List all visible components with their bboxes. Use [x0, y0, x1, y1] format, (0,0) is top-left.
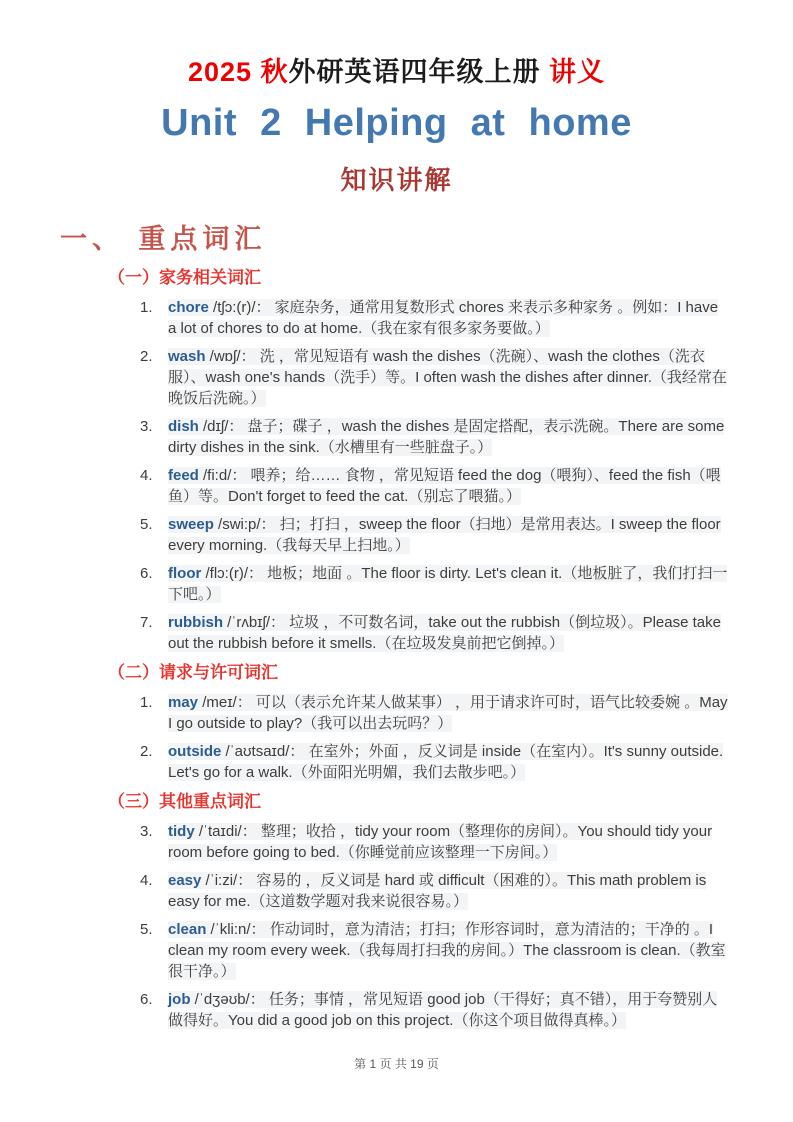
vocab-word: wash — [168, 348, 206, 365]
item-text: /ˈi:zi/： 容易的 ，反义词是 hard 或 difficult（困难的）… — [168, 872, 706, 910]
item-highlight: floor /flɔ:(r)/： 地板；地面 。The floor is dir… — [168, 565, 727, 603]
vocab-word: chore — [168, 299, 209, 316]
item-number: 1. — [140, 692, 168, 734]
vocab-item: 7. rubbish /ˈrʌbɪʃ/： 垃圾 ，不可数名词，take out … — [140, 612, 729, 654]
item-text: /meɪ/： 可以（表示允许某人做某事） ，用于请求许可时，语气比较委婉 。Ma… — [168, 694, 728, 732]
item-highlight: clean /ˈkli:n/： 作动词时，意为清洁；打扫；作形容词时，意为清洁的… — [168, 921, 726, 980]
vocab-word: job — [168, 991, 191, 1008]
vocab-list: 1. chore /tʃɔ:(r)/： 家庭杂务，通常用复数形式 chores … — [0, 297, 793, 654]
item-highlight: job /ˈdʒəʊb/： 任务；事情 ，常见短语 good job（干得好；真… — [168, 991, 717, 1029]
vocab-list: 3. tidy /ˈtaɪdi/： 整理；收拾 ，tidy your room（… — [0, 821, 793, 1031]
vocab-word: easy — [168, 872, 201, 889]
item-body: job /ˈdʒəʊb/： 任务；事情 ，常见短语 good job（干得好；真… — [168, 989, 729, 1031]
subsection-heading: （一）家务相关词汇 — [108, 266, 793, 289]
item-text: /ˈdʒəʊb/： 任务；事情 ，常见短语 good job（干得好；真不错），… — [168, 991, 717, 1029]
vocab-item: 6. floor /flɔ:(r)/： 地板；地面 。The floor is … — [140, 563, 729, 605]
item-body: clean /ˈkli:n/： 作动词时，意为清洁；打扫；作形容词时，意为清洁的… — [168, 919, 729, 982]
item-highlight: outside /ˈaʊtsaɪd/： 在室外；外面 ，反义词是 inside（… — [168, 743, 723, 781]
item-body: sweep /swi:p/： 扫；打扫 ，sweep the floor（扫地）… — [168, 514, 729, 556]
vocab-section-permission: （二）请求与许可词汇 1. may /meɪ/： 可以（表示允许某人做某事） ，… — [0, 661, 793, 783]
item-text: /ˈaʊtsaɪd/： 在室外；外面 ，反义词是 inside（在室内）。It'… — [168, 743, 723, 781]
vocab-item: 1. chore /tʃɔ:(r)/： 家庭杂务，通常用复数形式 chores … — [140, 297, 729, 339]
vocab-item: 3. dish /dɪʃ/： 盘子；碟子 ，wash the dishes 是固… — [140, 416, 729, 458]
vocab-item: 5. sweep /swi:p/： 扫；打扫 ，sweep the floor（… — [140, 514, 729, 556]
doc-title-suffix: 讲义 — [541, 57, 606, 87]
item-number: 5. — [140, 919, 168, 982]
doc-title: 2025 秋外研英语四年级上册 讲义 — [0, 50, 793, 89]
item-body: outside /ˈaʊtsaɪd/： 在室外；外面 ，反义词是 inside（… — [168, 741, 729, 783]
item-number: 2. — [140, 741, 168, 783]
item-number: 4. — [140, 870, 168, 912]
item-highlight: easy /ˈi:zi/： 容易的 ，反义词是 hard 或 difficult… — [168, 872, 706, 910]
doc-title-main: 外研英语四年级上册 — [289, 57, 541, 87]
item-body: chore /tʃɔ:(r)/： 家庭杂务，通常用复数形式 chores 来表示… — [168, 297, 729, 339]
item-text: /tʃɔ:(r)/： 家庭杂务，通常用复数形式 chores 来表示多种家务 。… — [168, 299, 718, 337]
item-highlight: feed /fi:d/： 喂养；给…… 食物 ，常见短语 feed the do… — [168, 467, 721, 505]
subsection-heading: （三）其他重点词汇 — [108, 790, 793, 813]
vocab-word: sweep — [168, 516, 214, 533]
item-number: 2. — [140, 346, 168, 409]
item-text: /swi:p/： 扫；打扫 ，sweep the floor（扫地）是常用表达。… — [168, 516, 721, 554]
item-number: 1. — [140, 297, 168, 339]
item-body: wash /wɒʃ/： 洗 ，常见短语有 wash the dishes（洗碗）… — [168, 346, 729, 409]
vocab-word: outside — [168, 743, 221, 760]
vocab-word: tidy — [168, 823, 195, 840]
item-body: dish /dɪʃ/： 盘子；碟子 ，wash the dishes 是固定搭配… — [168, 416, 729, 458]
item-body: may /meɪ/： 可以（表示允许某人做某事） ，用于请求许可时，语气比较委婉… — [168, 692, 729, 734]
vocab-item: 4. easy /ˈi:zi/： 容易的 ，反义词是 hard 或 diffic… — [140, 870, 729, 912]
vocab-item: 5. clean /ˈkli:n/： 作动词时，意为清洁；打扫；作形容词时，意为… — [140, 919, 729, 982]
item-highlight: chore /tʃɔ:(r)/： 家庭杂务，通常用复数形式 chores 来表示… — [168, 299, 718, 337]
item-highlight: dish /dɪʃ/： 盘子；碟子 ，wash the dishes 是固定搭配… — [168, 418, 724, 456]
item-text: /wɒʃ/： 洗 ，常见短语有 wash the dishes（洗碗）、wash… — [168, 348, 727, 407]
item-number: 3. — [140, 821, 168, 863]
vocab-word: may — [168, 694, 198, 711]
vocab-item: 1. may /meɪ/： 可以（表示允许某人做某事） ，用于请求许可时，语气比… — [140, 692, 729, 734]
vocab-item: 3. tidy /ˈtaɪdi/： 整理；收拾 ，tidy your room（… — [140, 821, 729, 863]
item-text: /dɪʃ/： 盘子；碟子 ，wash the dishes 是固定搭配，表示洗碗… — [168, 418, 724, 456]
item-body: tidy /ˈtaɪdi/： 整理；收拾 ，tidy your room（整理你… — [168, 821, 729, 863]
item-text: /ˈtaɪdi/： 整理；收拾 ，tidy your room（整理你的房间）。… — [168, 823, 712, 861]
main-heading-key-vocabulary: 一、 重点词汇 — [60, 217, 793, 256]
item-text: /ˈkli:n/： 作动词时，意为清洁；打扫；作形容词时，意为清洁的；干净的 。… — [168, 921, 726, 980]
vocab-word: rubbish — [168, 614, 223, 631]
item-text: /fi:d/： 喂养；给…… 食物 ，常见短语 feed the dog（喂狗）… — [168, 467, 721, 505]
item-text: /flɔ:(r)/： 地板；地面 。The floor is dirty. Le… — [168, 565, 727, 603]
item-body: easy /ˈi:zi/： 容易的 ，反义词是 hard 或 difficult… — [168, 870, 729, 912]
item-highlight: may /meɪ/： 可以（表示允许某人做某事） ，用于请求许可时，语气比较委婉… — [168, 694, 728, 732]
item-number: 5. — [140, 514, 168, 556]
vocab-section-other: （三）其他重点词汇 3. tidy /ˈtaɪdi/： 整理；收拾 ，tidy … — [0, 790, 793, 1031]
vocab-word: floor — [168, 565, 201, 582]
vocab-word: clean — [168, 921, 206, 938]
item-number: 4. — [140, 465, 168, 507]
item-highlight: rubbish /ˈrʌbɪʃ/： 垃圾 ，不可数名词，take out the… — [168, 614, 721, 652]
vocab-section-housework: （一）家务相关词汇 1. chore /tʃɔ:(r)/： 家庭杂务，通常用复数… — [0, 266, 793, 654]
subsection-heading: （二）请求与许可词汇 — [108, 661, 793, 684]
item-number: 3. — [140, 416, 168, 458]
vocab-item: 6. job /ˈdʒəʊb/： 任务；事情 ，常见短语 good job（干得… — [140, 989, 729, 1031]
item-body: rubbish /ˈrʌbɪʃ/： 垃圾 ，不可数名词，take out the… — [168, 612, 729, 654]
document-page: 2025 秋外研英语四年级上册 讲义 Unit 2 Helping at hom… — [0, 0, 793, 1122]
vocab-item: 2. wash /wɒʃ/： 洗 ，常见短语有 wash the dishes（… — [140, 346, 729, 409]
vocab-word: feed — [168, 467, 199, 484]
item-highlight: sweep /swi:p/： 扫；打扫 ，sweep the floor（扫地）… — [168, 516, 721, 554]
vocab-item: 2. outside /ˈaʊtsaɪd/： 在室外；外面 ，反义词是 insi… — [140, 741, 729, 783]
vocab-list: 1. may /meɪ/： 可以（表示允许某人做某事） ，用于请求许可时，语气比… — [0, 692, 793, 783]
item-number: 6. — [140, 563, 168, 605]
item-number: 6. — [140, 989, 168, 1031]
doc-title-year: 2025 秋 — [188, 57, 289, 87]
vocab-item: 4. feed /fi:d/： 喂养；给…… 食物 ，常见短语 feed the… — [140, 465, 729, 507]
page-footer: 第 1 页 共 19 页 — [0, 1055, 793, 1072]
item-highlight: wash /wɒʃ/： 洗 ，常见短语有 wash the dishes（洗碗）… — [168, 348, 727, 407]
unit-title: Unit 2 Helping at home — [0, 102, 793, 145]
item-highlight: tidy /ˈtaɪdi/： 整理；收拾 ，tidy your room（整理你… — [168, 823, 712, 861]
knowledge-subtitle: 知识讲解 — [0, 160, 793, 197]
item-number: 7. — [140, 612, 168, 654]
item-text: /ˈrʌbɪʃ/： 垃圾 ，不可数名词，take out the rubbish… — [168, 614, 721, 652]
item-body: floor /flɔ:(r)/： 地板；地面 。The floor is dir… — [168, 563, 729, 605]
vocab-word: dish — [168, 418, 199, 435]
item-body: feed /fi:d/： 喂养；给…… 食物 ，常见短语 feed the do… — [168, 465, 729, 507]
